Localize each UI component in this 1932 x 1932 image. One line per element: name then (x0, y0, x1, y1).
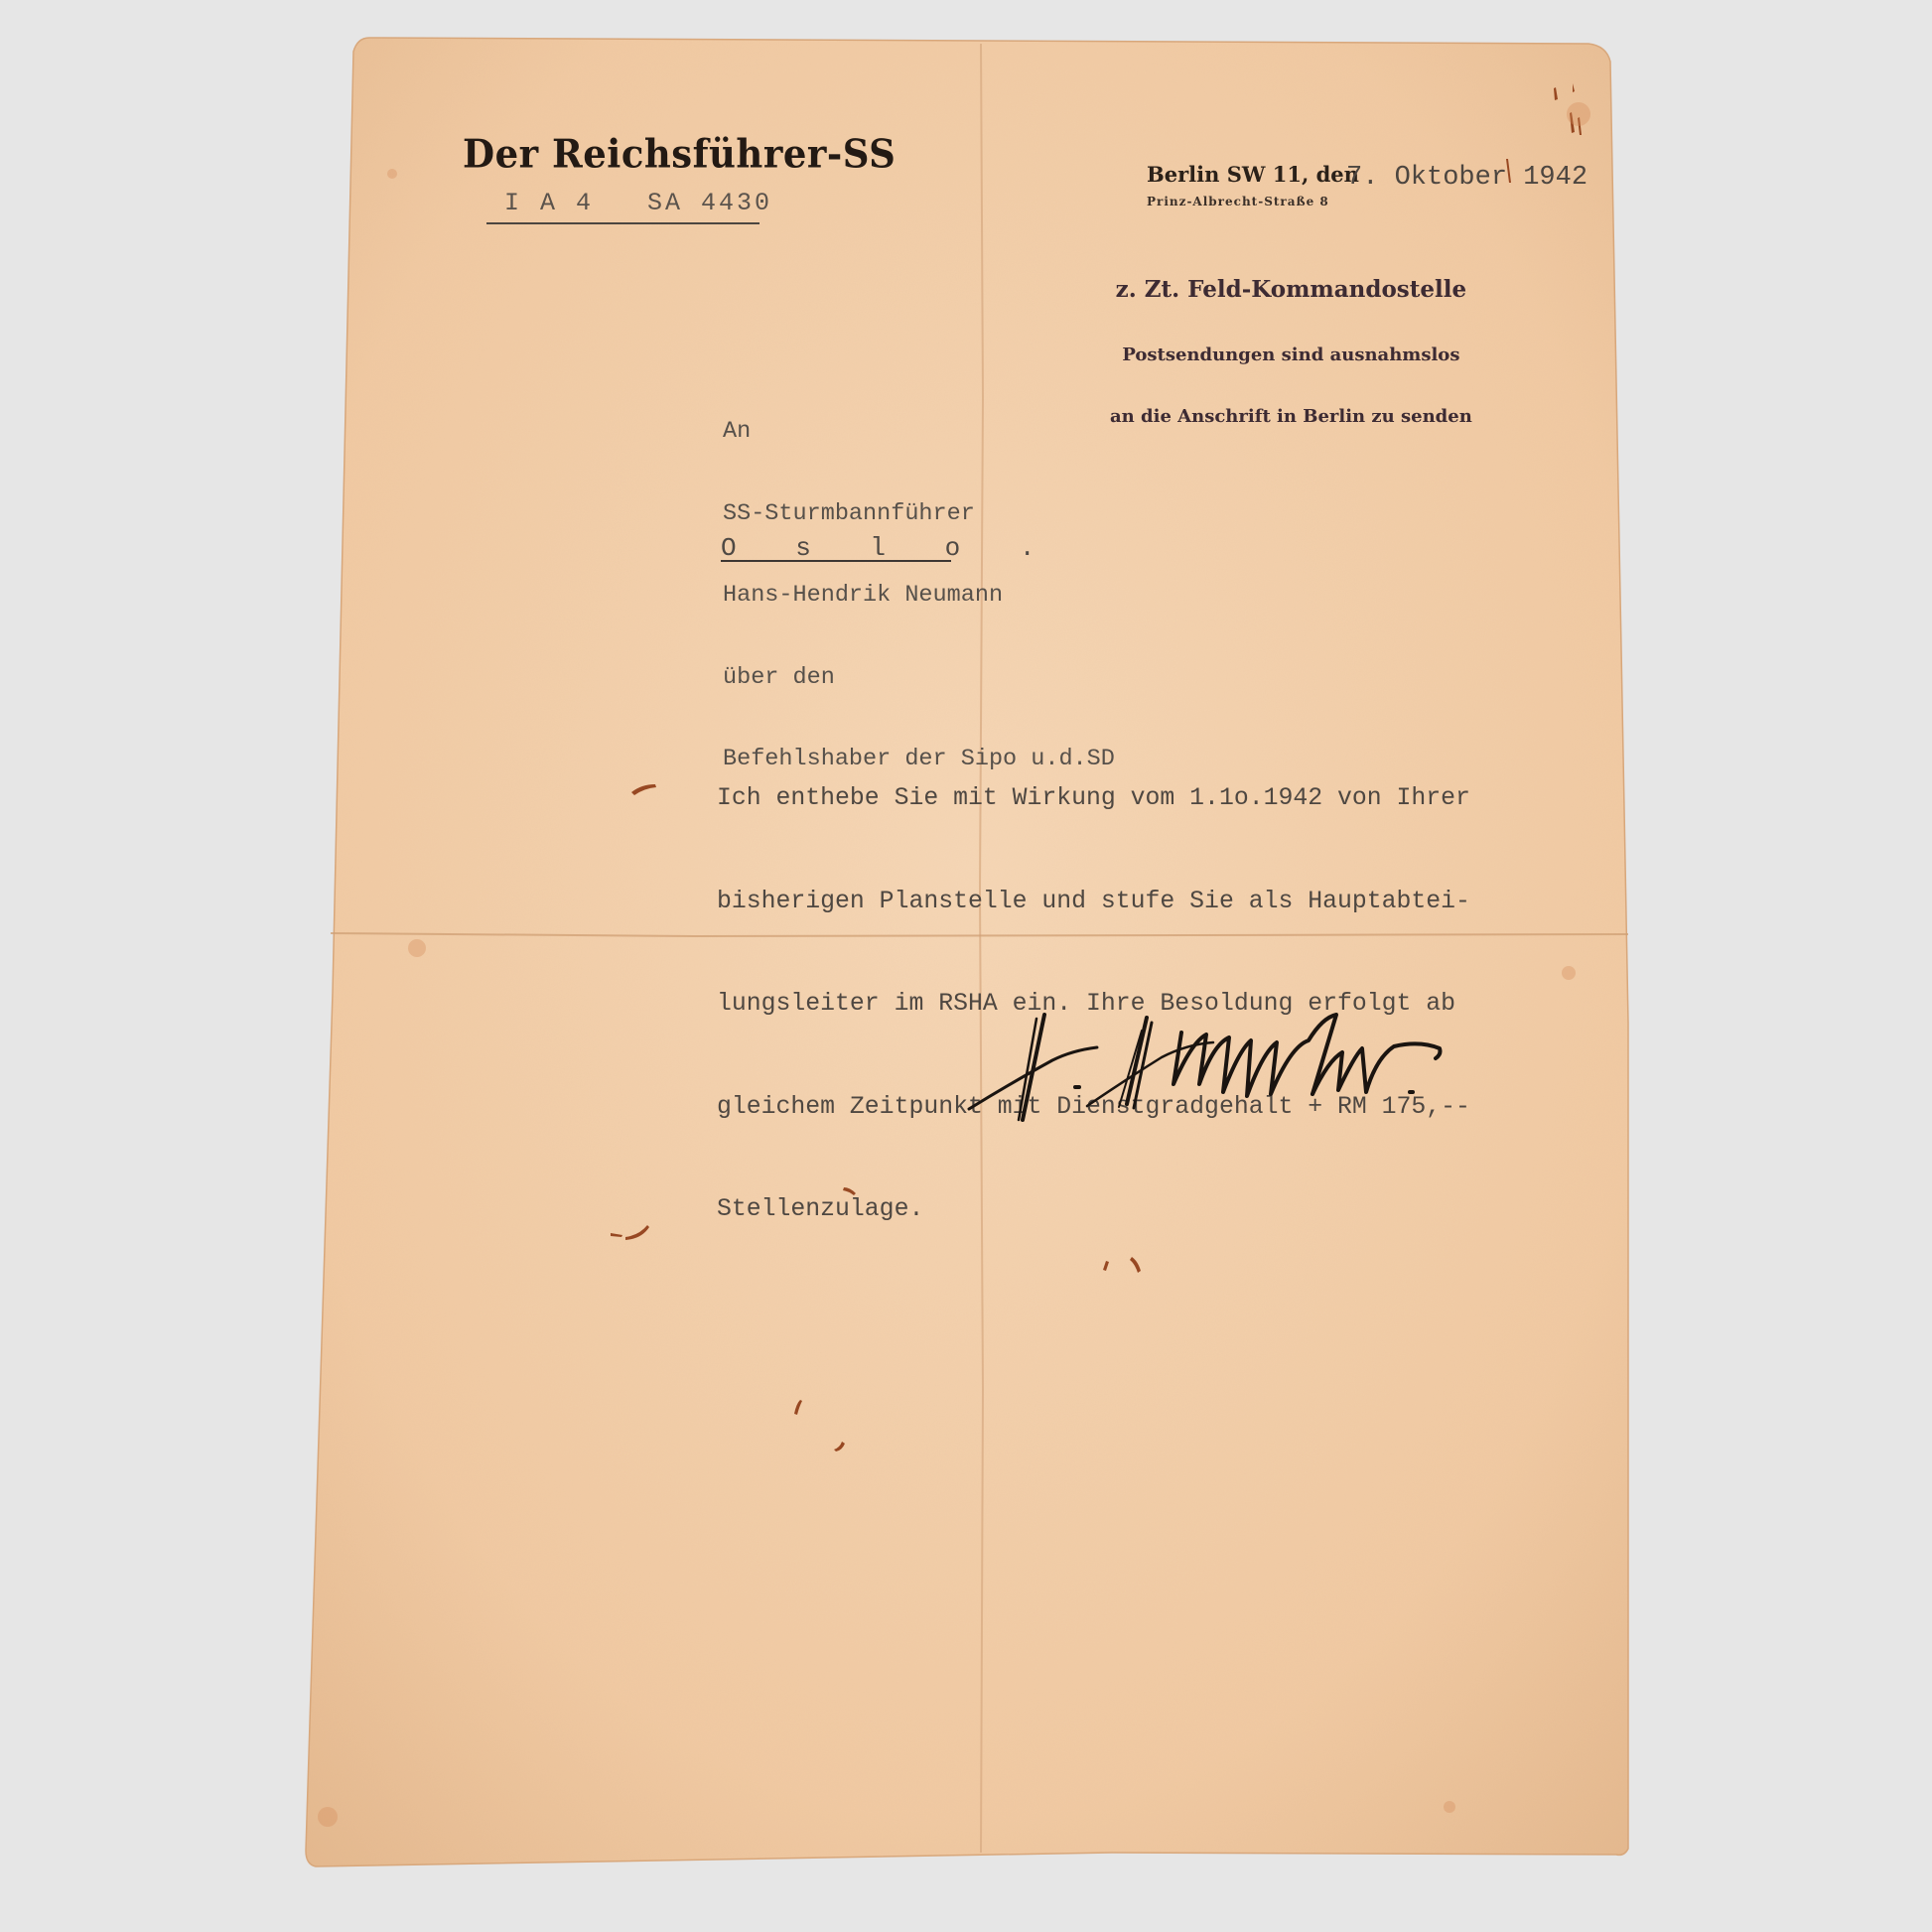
body-line: Ich enthebe Sie mit Wirkung vom 1.1o.194… (717, 781, 1470, 816)
letter-sheet: Der Reichsführer-SS I A 4 SA 4430 Berlin… (0, 0, 1932, 1932)
recipient-city: O s l o . (721, 533, 1056, 563)
address-line: über den (723, 664, 1115, 692)
handwritten-signature: H. Himmler (953, 1013, 1449, 1162)
field-command-stamp: z. Zt. Feld-Kommandostelle Postsendungen… (1110, 238, 1472, 465)
letterhead-place: Berlin SW 11, den (1147, 162, 1359, 187)
signature-ink (953, 1013, 1449, 1162)
city-underline (721, 560, 951, 562)
letterhead-title: Der Reichsführer-SS (463, 131, 896, 177)
reference-number: I A 4 SA 4430 (504, 189, 772, 217)
address-line: Hans-Hendrik Neumann (723, 582, 1115, 610)
reference-underline (486, 222, 759, 224)
letter-date: 7. Oktober 1942 (1346, 163, 1587, 193)
stamp-line: an die Anschrift in Berlin zu senden (1110, 406, 1472, 427)
body-line: bisherigen Planstelle und stufe Sie als … (717, 885, 1470, 919)
letterhead-street: Prinz-Albrecht-Straße 8 (1147, 195, 1329, 208)
stamp-line: Postsendungen sind ausnahmslos (1110, 345, 1472, 365)
body-line: Stellenzulage. (717, 1192, 1470, 1227)
address-line: SS-Sturmbannführer (723, 500, 1115, 528)
address-line: An (723, 418, 1115, 446)
letter-body: Ich enthebe Sie mit Wirkung vom 1.1o.194… (717, 713, 1470, 1296)
stamp-line: z. Zt. Feld-Kommandostelle (1110, 276, 1472, 303)
